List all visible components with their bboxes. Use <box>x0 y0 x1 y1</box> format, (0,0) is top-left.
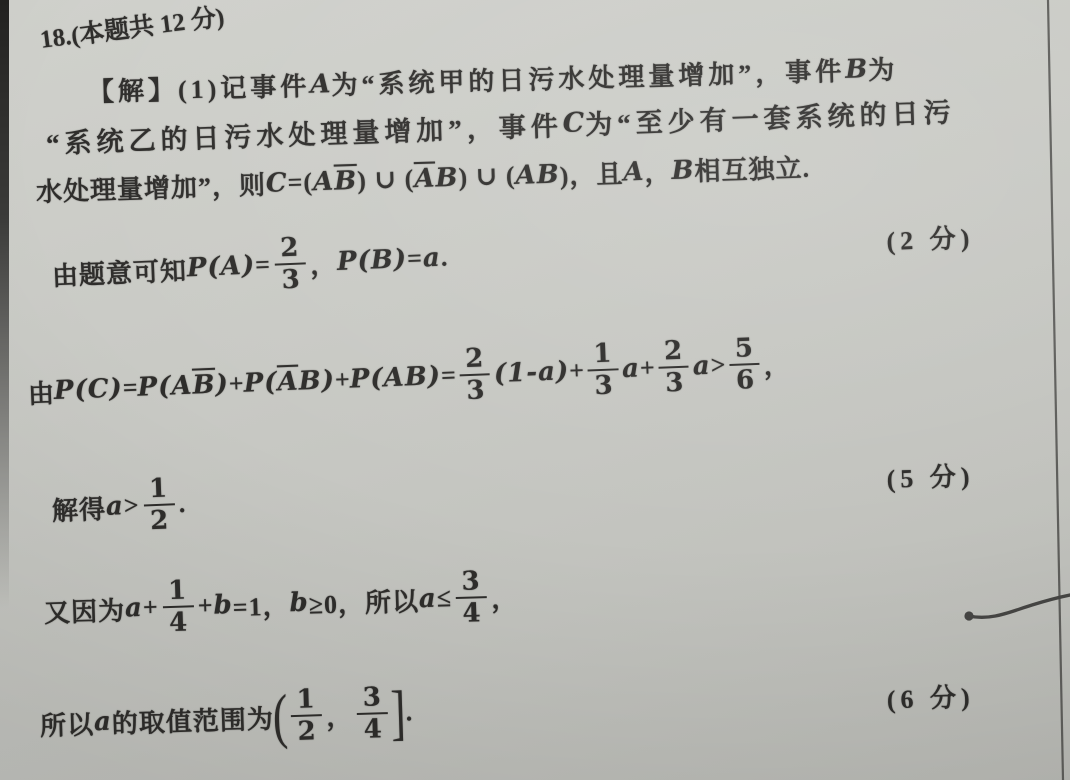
score-label: (2 分) <box>886 217 975 258</box>
text-run: 为“系统甲的日污水处理量增加”，事件 <box>331 51 846 102</box>
fraction: 23 <box>658 337 690 398</box>
text-run: ， <box>326 696 354 734</box>
text-run: + <box>334 365 350 396</box>
solution-line-7: 又因为 a+14+b=1，b≥0，所以 a≤34， <box>43 566 519 641</box>
text-run: . <box>178 489 187 519</box>
fraction-numerator: 2 <box>274 233 306 265</box>
math-var: AB <box>515 159 560 190</box>
text-run: = <box>255 250 272 281</box>
math-var: a <box>125 593 144 624</box>
fraction-numerator: 1 <box>162 576 194 608</box>
column-rule-line <box>1048 0 1063 780</box>
math-var: B <box>435 162 459 193</box>
fraction: 12 <box>290 685 323 746</box>
text-run: 又因为 <box>43 590 125 630</box>
math-var-overline: B <box>334 165 358 196</box>
text-run: 由 <box>27 373 54 411</box>
score-label: (6 分) <box>886 676 975 716</box>
math-var: A <box>623 156 645 187</box>
math-var-overline: A <box>277 367 299 398</box>
text-run: = <box>122 373 138 404</box>
text-run: ， <box>491 578 519 616</box>
fraction-denominator: 2 <box>150 506 170 536</box>
text-run: 为“至少有一套系统的日污 <box>584 90 956 142</box>
pen-mark-dot <box>964 611 973 620</box>
text-run: ≤ <box>436 583 452 613</box>
fraction: 56 <box>728 334 760 395</box>
pen-mark <box>969 595 1070 617</box>
math-var: a <box>105 491 124 522</box>
fraction-denominator: 4 <box>169 608 189 638</box>
fraction: 14 <box>162 576 195 637</box>
math-var: a <box>422 243 441 274</box>
fraction-numerator: 2 <box>658 337 689 369</box>
text-run: + <box>639 353 655 384</box>
fraction: 34 <box>356 683 389 744</box>
fraction-numerator: 1 <box>290 685 322 717</box>
math-var: b <box>289 588 309 619</box>
text-run: + <box>569 356 585 387</box>
text-run: ， <box>309 244 338 282</box>
fraction-numerator: 2 <box>459 344 490 376</box>
text-run: ≥0，所以 <box>308 581 419 621</box>
text-run: =( <box>287 167 313 198</box>
text-run: 【解】(1)记事件 <box>87 66 310 109</box>
fraction-denominator: 4 <box>462 598 482 628</box>
text-run: . <box>440 242 449 272</box>
math-var: a <box>94 707 113 738</box>
math-var: B) <box>298 365 335 396</box>
math-var: P(C) <box>53 373 123 406</box>
text-run: ) ∪ ( <box>458 160 516 192</box>
math-var: A <box>313 166 335 197</box>
text-run: 所以 <box>39 704 94 743</box>
page-left-edge-shadow <box>0 0 9 780</box>
solution-line-6: 解得 a>12.(5 分) <box>51 444 976 540</box>
math-var: C <box>265 168 288 199</box>
fraction-denominator: 3 <box>466 376 485 406</box>
math-var: b <box>213 590 233 621</box>
math-var: (1-a) <box>493 356 569 389</box>
math-var: B <box>671 155 695 186</box>
fraction: 13 <box>587 339 619 400</box>
text-run: =1， <box>232 585 290 624</box>
text-run: 相互独立. <box>694 148 811 189</box>
math-var: P(A <box>137 371 193 403</box>
fraction: 34 <box>455 567 488 628</box>
math-var: B <box>845 54 869 85</box>
text-run: 为 <box>868 49 899 87</box>
math-var: P(A) <box>186 251 256 284</box>
fraction: 23 <box>274 233 308 294</box>
solution-line-8: 所以 a 的取值范围为(12，34].(6 分) <box>39 665 975 754</box>
text-run: ， <box>763 344 790 382</box>
text-run: 18.(本题共 12 分) <box>38 0 226 56</box>
fraction-denominator: 3 <box>594 371 613 401</box>
score-label: (5 分) <box>886 455 975 495</box>
math-var: a <box>692 351 711 382</box>
math-var: P( <box>243 368 278 399</box>
text-run: “系统乙的日污水处理量增加”，事件 <box>45 104 563 161</box>
exam-solution-page: 18.(本题共 12 分)【解】(1)记事件 A 为“系统甲的日污水处理量增加”… <box>0 0 1070 780</box>
math-var: P(AB) <box>349 361 441 394</box>
fraction-denominator: 3 <box>665 368 684 398</box>
fraction: 12 <box>142 474 175 535</box>
text-run: 解得 <box>51 489 106 528</box>
fraction-numerator: 3 <box>356 683 388 715</box>
big-paren: ] <box>390 685 407 740</box>
fraction-denominator: 3 <box>281 265 301 295</box>
text-run: + <box>197 591 214 621</box>
text-run: = <box>406 244 423 275</box>
math-var: ) <box>215 369 229 399</box>
fraction-denominator: 4 <box>363 714 383 744</box>
text-run: ) ∪ ( <box>357 164 415 196</box>
text-run: + <box>228 369 244 400</box>
text-run: 的取值范围为 <box>111 698 274 740</box>
text-run: > <box>123 491 140 522</box>
fraction-denominator: 6 <box>736 365 755 395</box>
math-var: a <box>622 354 641 385</box>
text-run: + <box>142 592 159 622</box>
text-run: > <box>710 350 726 381</box>
solution-line-4: 由题意可知 P(A)= 23，P(B)= a.(2 分) <box>51 205 976 304</box>
math-var: C <box>562 107 586 139</box>
fraction-numerator: 1 <box>142 474 174 506</box>
text-run: )，且 <box>559 154 624 193</box>
question-header: 18.(本题共 12 分) <box>38 0 226 56</box>
math-var-overline: B <box>192 370 216 401</box>
big-paren: ( <box>272 689 289 744</box>
text-run: ， <box>644 152 672 190</box>
fraction-numerator: 1 <box>587 339 618 371</box>
math-var: P(B) <box>336 244 407 277</box>
text-run: 由题意可知 <box>51 250 187 293</box>
math-var: A <box>310 69 332 100</box>
math-var: a <box>418 584 437 615</box>
fraction-numerator: 5 <box>728 334 759 366</box>
fraction-denominator: 2 <box>297 716 317 746</box>
solution-line-5: 由 P(C)= P(AB)+P(AB)+P(AB)= 23(1-a)+13a+2… <box>27 333 791 422</box>
fraction: 23 <box>459 344 491 405</box>
math-var-overline: A <box>414 163 436 194</box>
text-run: 水处理量增加”，则 <box>35 165 266 209</box>
fraction-numerator: 3 <box>455 567 487 599</box>
text-run: = <box>440 361 456 392</box>
